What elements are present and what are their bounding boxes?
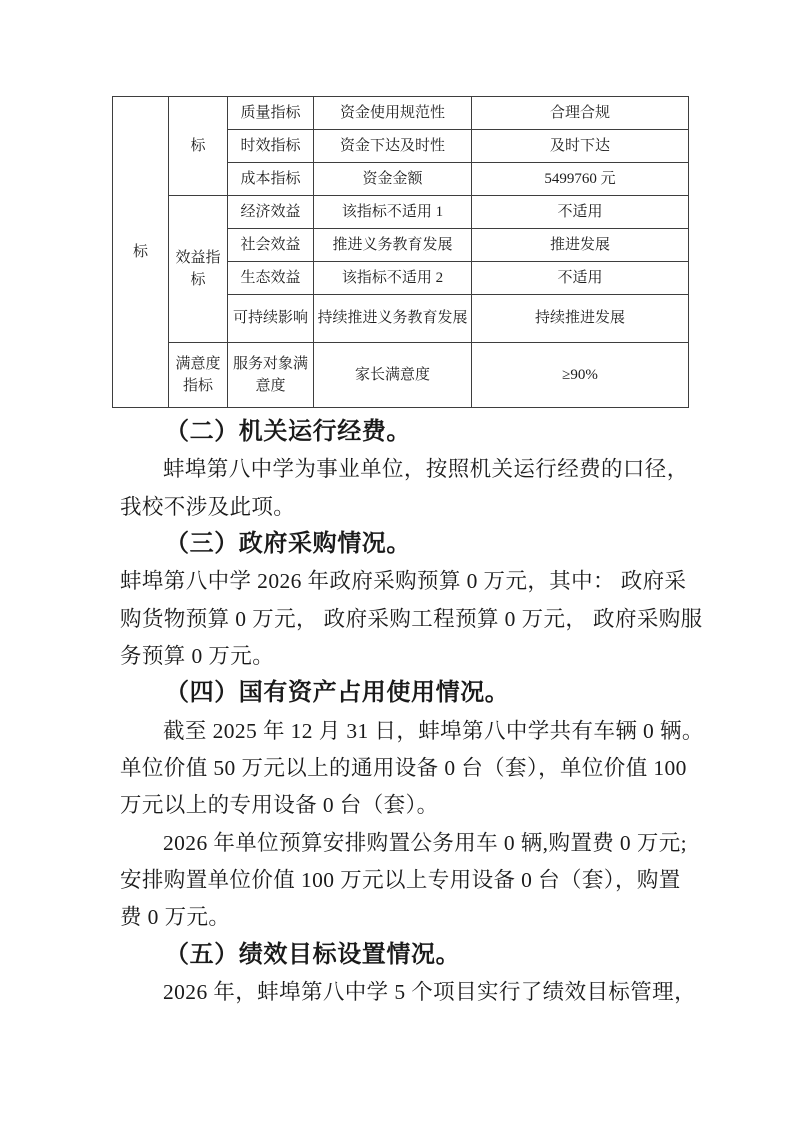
text-line: 我校不涉及此项。 — [120, 489, 690, 526]
cell-indicator-value: 推进发展 — [472, 229, 689, 262]
cell-indicator-value: 持续推进发展 — [472, 295, 689, 343]
section-heading: （四）国有资产占用使用情况。 — [120, 675, 690, 712]
text-line: 购货物预算 0 万元， 政府采购工程预算 0 万元， 政府采购服 — [120, 601, 690, 638]
cell-indicator-name: 持续推进义务教育发展 — [314, 295, 472, 343]
cell-indicator-name: 该指标不适用 2 — [314, 262, 472, 295]
cell-indicator-value: 及时下达 — [472, 130, 689, 163]
text-line: 安排购置单位价值 100 万元以上专用设备 0 台（套），购置 — [120, 862, 690, 899]
cell-group-label-satisfaction: 满意度指标 — [169, 343, 228, 408]
cell-indicator-value: 5499760 元 — [472, 163, 689, 196]
text-line: 费 0 万元。 — [120, 899, 690, 936]
text-line: 务预算 0 万元。 — [120, 638, 690, 675]
cell-subcategory: 经济效益 — [228, 196, 314, 229]
cell-subcategory: 可持续影响 — [228, 295, 314, 343]
cell-group-label-output: 标 — [169, 97, 228, 196]
cell-subcategory: 质量指标 — [228, 97, 314, 130]
cell-subcategory: 时效指标 — [228, 130, 314, 163]
text-line: 截至 2025 年 12 月 31 日，蚌埠第八中学共有车辆 0 辆。 — [120, 713, 690, 750]
cell-indicator-value: 合理合规 — [472, 97, 689, 130]
section-heading: （三）政府采购情况。 — [120, 526, 690, 563]
text-line: 单位价值 50 万元以上的通用设备 0 台（套），单位价值 100 — [120, 750, 690, 787]
cell-subcategory: 社会效益 — [228, 229, 314, 262]
cell-indicator-value: ≥90% — [472, 343, 689, 408]
cell-indicator-value: 不适用 — [472, 262, 689, 295]
section-heading: （二）机关运行经费。 — [120, 414, 690, 451]
cell-indicator-value: 不适用 — [472, 196, 689, 229]
text-line: 2026 年单位预算安排购置公务用车 0 辆,购置费 0 万元; — [120, 825, 690, 862]
cell-subcategory: 生态效益 — [228, 262, 314, 295]
cell-subcategory: 成本指标 — [228, 163, 314, 196]
cell-indicator-name: 资金使用规范性 — [314, 97, 472, 130]
text-line: 万元以上的专用设备 0 台（套）。 — [120, 787, 690, 824]
cell-indicator-name: 推进义务教育发展 — [314, 229, 472, 262]
cell-indicator-col-tail: 标 — [113, 97, 169, 408]
body-text: （二）机关运行经费。 蚌埠第八中学为事业单位，按照机关运行经费的口径， 我校不涉… — [120, 414, 690, 1012]
text-line: 蚌埠第八中学 2026 年政府采购预算 0 万元，其中： 政府采 — [120, 563, 690, 600]
cell-indicator-name: 资金下达及时性 — [314, 130, 472, 163]
text-line: 2026 年，蚌埠第八中学 5 个项目实行了绩效目标管理， — [120, 974, 690, 1011]
text-line: 蚌埠第八中学为事业单位，按照机关运行经费的口径， — [120, 451, 690, 488]
cell-indicator-name: 家长满意度 — [314, 343, 472, 408]
document-page: 标 标 质量指标 资金使用规范性 合理合规 时效指标 资金下达及时性 及时下达 … — [0, 0, 793, 1122]
cell-indicator-name: 该指标不适用 1 — [314, 196, 472, 229]
performance-indicator-table: 标 标 质量指标 资金使用规范性 合理合规 时效指标 资金下达及时性 及时下达 … — [112, 96, 689, 408]
cell-group-label-benefit: 效益指标 — [169, 196, 228, 343]
cell-subcategory: 服务对象满意度 — [228, 343, 314, 408]
cell-indicator-name: 资金金额 — [314, 163, 472, 196]
section-heading: （五）绩效目标设置情况。 — [120, 937, 690, 974]
